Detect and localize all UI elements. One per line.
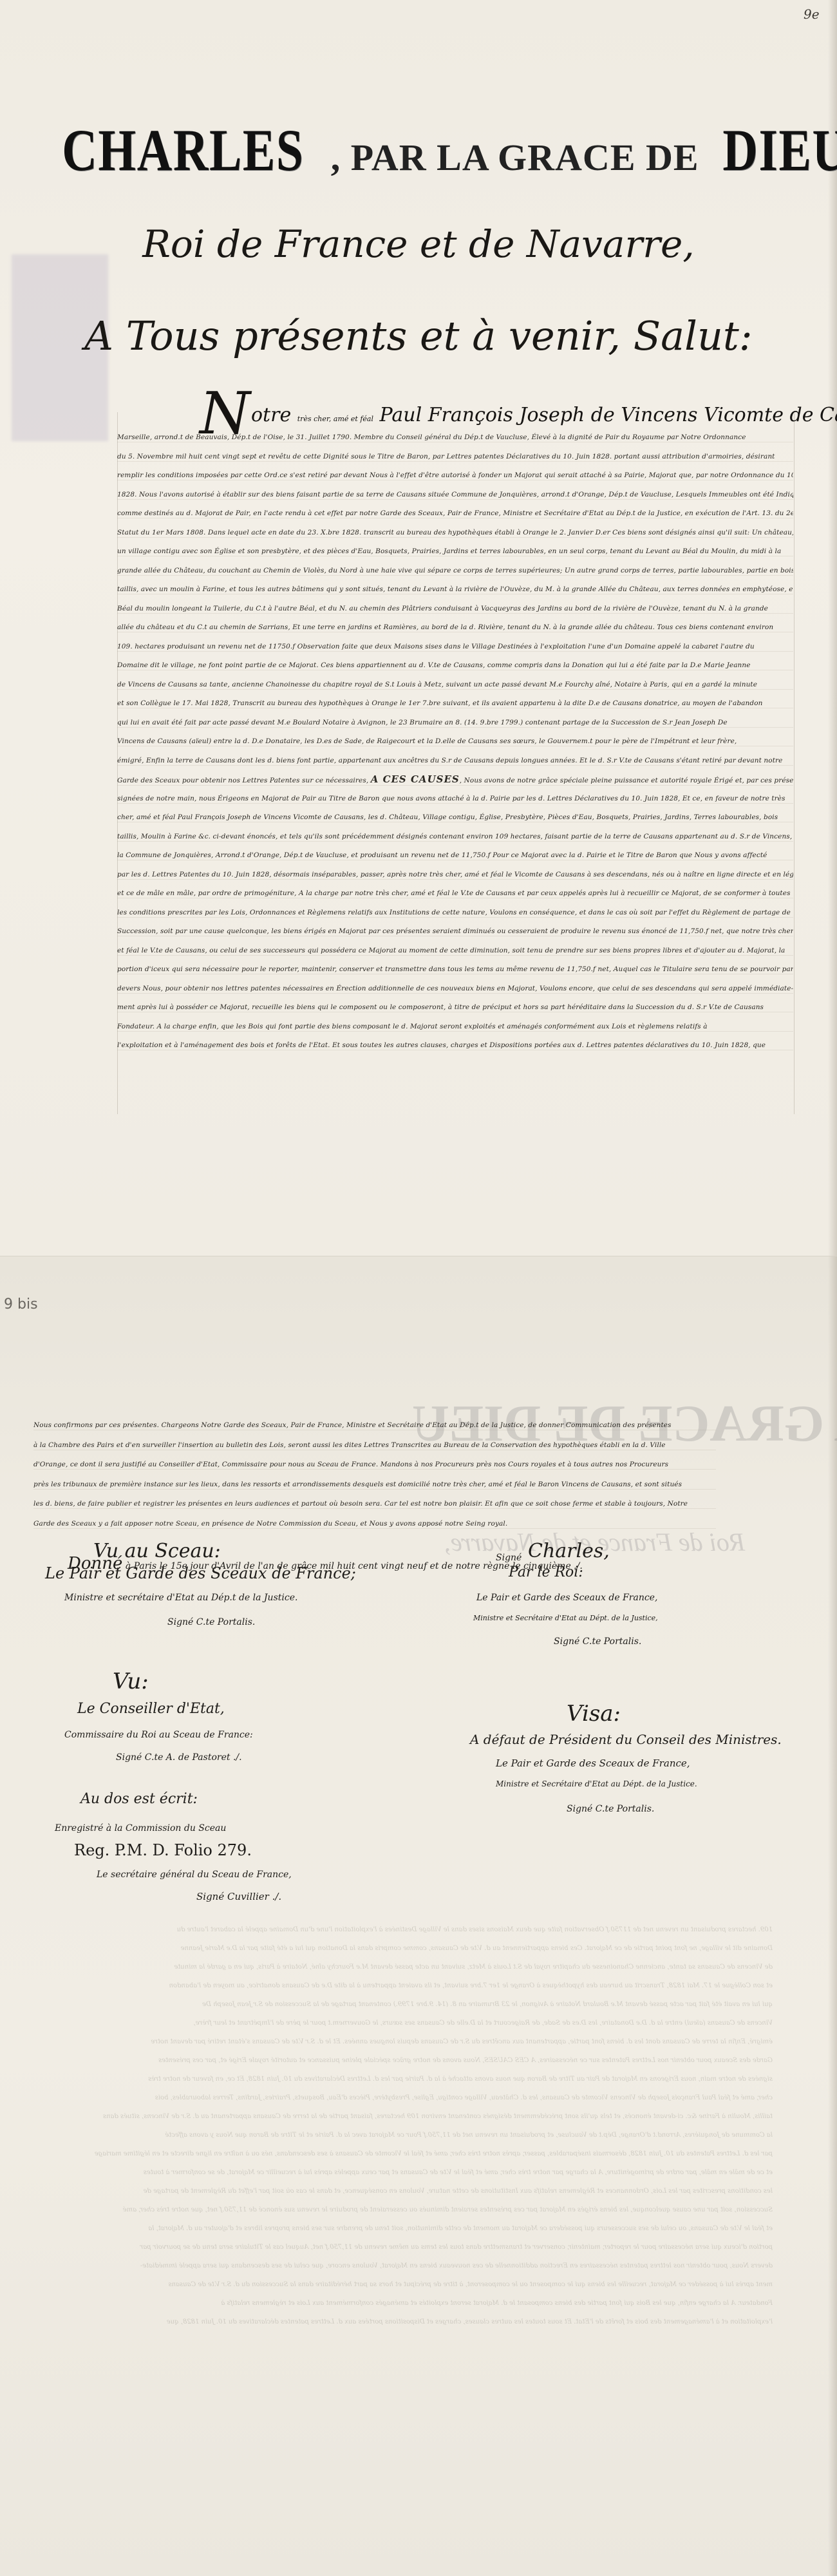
a-ces-causes: A CES CAUSES bbox=[371, 775, 460, 785]
vu-line1: Le Conseiller d'Etat, bbox=[77, 1701, 225, 1717]
body-line: et son Collègue le 17. Mai 1828, Transcr… bbox=[117, 699, 793, 708]
opening-line: otre très cher, amé et féal Paul Françoi… bbox=[251, 404, 837, 426]
title-par-la-grace: , PAR LA GRACE DE bbox=[331, 137, 709, 178]
body-line: Fondateur. A la charge enfin, que les Bo… bbox=[117, 1022, 793, 1032]
bleed-through-line: les conditions prescrites par les Lois, … bbox=[26, 2188, 773, 2195]
body-line: Marseille, arrond.t de Beauvais, Dép.t d… bbox=[117, 433, 793, 442]
opening-word: otre bbox=[251, 404, 291, 426]
bleed-through-line: par les d. Lettres Patentes du 10. Juin … bbox=[26, 2150, 773, 2158]
body-line: qui lui en avait été fait par acte passé… bbox=[117, 718, 793, 728]
bleed-through-line: et féal le V.te de Causans, ou celui de … bbox=[26, 2225, 773, 2233]
bleed-through-line: portion d'iceux qui sera nécessaire pour… bbox=[26, 2244, 773, 2251]
body-line: et ce de mâle en mâle, par ordre de prim… bbox=[117, 889, 793, 898]
body-line: émigré, Enfin la terre de Causans dont l… bbox=[117, 756, 793, 766]
bleed-through-line: émigré, Enfin la terre de Causans dont l… bbox=[26, 2038, 773, 2046]
body-line: les d. biens, de faire publier et regist… bbox=[33, 1499, 716, 1509]
bleed-through-line: l'exploitation et à l'aménagement des bo… bbox=[26, 2318, 773, 2326]
body-line: Succession, soit par une cause quelconqu… bbox=[117, 927, 793, 936]
bleed-through-line: ment après lui à posséder ce Majorat, re… bbox=[26, 2281, 773, 2289]
bleed-through-line: qui lui en avait été fait par acte passé… bbox=[26, 2001, 773, 2009]
body-line: Statut du 1er Mars 1808. Dans lequel act… bbox=[117, 528, 793, 538]
bleed-through-line: signées de notre main, nous Érigeons en … bbox=[26, 2076, 773, 2083]
body-line: comme destinés au d. Majorat de Pair, en… bbox=[117, 509, 793, 518]
title-dieu: DIEU bbox=[723, 116, 837, 184]
body-line: cher, amé et féal Paul François Joseph d… bbox=[117, 813, 793, 822]
au-dos-line3: Le secrétaire général du Sceau de France… bbox=[97, 1870, 292, 1880]
par-le-roi: Par le Roi: bbox=[509, 1564, 583, 1580]
body-line: Béal du moulin longeant la Tuilerie, du … bbox=[117, 604, 793, 614]
au-dos-line1: Enregistré à la Commission du Sceau bbox=[55, 1823, 226, 1833]
grantee-name: Paul François Joseph de Vincens Vicomte … bbox=[380, 404, 837, 426]
document-page-2: 9 bis CHARLES, PAR LA GRACE DE DIEU Roi … bbox=[0, 1256, 837, 2576]
bleed-through-line: la Commune de Jonquières, Arrond.t d'Ora… bbox=[26, 2132, 773, 2139]
vu-signed: Signé C.te A. de Pastoret ./. bbox=[116, 1752, 242, 1763]
body-line: un village contigu avec son Église et so… bbox=[117, 547, 793, 556]
body-line: Garde des Sceaux pour obtenir nos Lettre… bbox=[117, 775, 793, 786]
subtitle-salut: A Tous présents et à venir, Salut: bbox=[0, 312, 837, 359]
body-line: Garde des Sceaux y a fait apposer notre … bbox=[33, 1519, 716, 1529]
au-dos-signed: Signé Cuvillier ./. bbox=[196, 1891, 281, 1902]
body-line: d'Orange, ce dont il sera justifié au Co… bbox=[33, 1460, 716, 1470]
body-line: et féal le V.te de Causans, ou celui de … bbox=[117, 946, 793, 956]
bleed-through-line: Domaine dit le village, ne font point pa… bbox=[26, 1945, 773, 1953]
body-line: taillis, avec un moulin à Farine, et tou… bbox=[117, 585, 793, 594]
body-line: allée du château et du C.t au chemin de … bbox=[117, 623, 793, 632]
bleed-through-line: Vincens de Causans (aïeul) entre la d. D… bbox=[26, 2020, 773, 2027]
body-line: ment après lui à posséder ce Majorat, re… bbox=[117, 1003, 793, 1012]
opening-salutation: très cher, amé et féal bbox=[297, 415, 373, 423]
page-edge-shadow bbox=[828, 1256, 837, 2576]
bleed-through-line: et ce de mâle en mâle, par ordre de prim… bbox=[26, 2169, 773, 2177]
body-line: Vincens de Causans (aïeul) entre la d. D… bbox=[117, 737, 793, 746]
body-line: taillis, Moulin à Farine &c. ci-devant é… bbox=[117, 832, 793, 842]
body-line: du 5. Novembre mil huit cent vingt sept … bbox=[117, 452, 793, 462]
bleed-through-line: devers Nous, pour obtenir nos lettres pa… bbox=[26, 2262, 773, 2270]
visa-line3: Ministre et Secrétaire d'Etat au Dépt. d… bbox=[496, 1779, 697, 1788]
signe-charles: Charles, bbox=[528, 1540, 610, 1562]
body-line: à la Chambre des Pairs et d'en surveille… bbox=[33, 1441, 716, 1450]
signe-prefix: Signé bbox=[496, 1553, 522, 1563]
visa-signed: Signé C.te Portalis. bbox=[567, 1804, 654, 1814]
body-line: grande allée du Château, du couchant au … bbox=[117, 566, 793, 576]
vu-au-sceau-heading: Vu au Sceau: bbox=[93, 1540, 221, 1562]
body-line: devers Nous, pour obtenir nos lettres pa… bbox=[117, 984, 793, 994]
body-line: remplir les conditions imposées par cett… bbox=[117, 471, 793, 480]
bleed-through-line: et son Collègue le 17. Mai 1828, Transcr… bbox=[26, 1982, 773, 1990]
bleed-through-line: Fondateur. A la charge enfin, que les Bo… bbox=[26, 2300, 773, 2307]
body-line: par les d. Lettres Patentes du 10. Juin … bbox=[117, 870, 793, 880]
bleed-through-line: 109. hectares produisant un revenu net d… bbox=[26, 1926, 773, 1934]
body-line: portion d'iceux qui sera nécessaire pour… bbox=[117, 965, 793, 974]
body-line: la Commune de Jonquières, Arrond.t d'Ora… bbox=[117, 851, 793, 860]
pencil-note: 9 bis bbox=[4, 1296, 38, 1312]
document-page-1: 9e CHARLES, PAR LA GRACE DE DIEU, Roi de… bbox=[0, 0, 837, 1256]
bleed-through-line: de Vincens de Causans sa tante, ancienne… bbox=[26, 1964, 773, 1971]
bleed-through-line: taillis, Moulin à Farine &c. ci-devant é… bbox=[26, 2113, 773, 2121]
body-line: 1828. Nous l'avons autorisé à établir su… bbox=[117, 490, 793, 500]
vu-line2: Commissaire du Roi au Sceau de France: bbox=[64, 1730, 253, 1740]
vu-au-sceau-line1: Le Pair et Garde des Sceaux de France; bbox=[45, 1564, 356, 1582]
body-line: Domaine dit le village, ne font point pa… bbox=[117, 661, 793, 670]
body-line: Nous confirmons par ces présentes. Charg… bbox=[33, 1421, 716, 1430]
bleed-through-line: Succession, soit par une cause quelconqu… bbox=[26, 2206, 773, 2214]
body-line: signées de notre main, nous Érigeons en … bbox=[117, 794, 793, 804]
vu-au-sceau-line2: Ministre et secrétaire d'Etat au Dép.t d… bbox=[64, 1593, 297, 1603]
visa-line2: Le Pair et Garde des Sceaux de France, bbox=[496, 1757, 690, 1769]
au-dos-heading: Au dos est écrit: bbox=[80, 1791, 198, 1807]
charles-line2: Ministre et Secrétaire d'Etat au Dépt. d… bbox=[473, 1614, 658, 1622]
bleed-through-line: cher, amé et féal Paul François Joseph d… bbox=[26, 2094, 773, 2102]
page-number: 9e bbox=[804, 6, 820, 22]
vu-au-sceau-signed: Signé C.te Portalis. bbox=[167, 1617, 255, 1627]
charles-line1: Le Pair et Garde des Sceaux de France, bbox=[476, 1593, 657, 1603]
visa-line1: A défaut de Président du Conseil des Min… bbox=[470, 1732, 782, 1747]
body-line: l'exploitation et à l'aménagement des bo… bbox=[117, 1041, 793, 1050]
body-line: près les tribunaux de première instance … bbox=[33, 1480, 716, 1490]
body-line: 109. hectares produisant un revenu net d… bbox=[117, 642, 793, 652]
charles-signed: Signé C.te Portalis. bbox=[554, 1636, 641, 1647]
visa-heading: Visa: bbox=[567, 1701, 621, 1727]
vu-heading: Vu: bbox=[113, 1669, 149, 1694]
bleed-through-line: Garde des Sceaux pour obtenir nos Lettre… bbox=[26, 2057, 773, 2065]
body-line: de Vincens de Causans sa tante, ancienne… bbox=[117, 680, 793, 690]
document-title: CHARLES, PAR LA GRACE DE DIEU, bbox=[35, 116, 808, 184]
page-edge-shadow bbox=[828, 0, 837, 1256]
register-folio: Reg. P.M. D. Folio 279. bbox=[74, 1841, 252, 1859]
subtitle-roi: Roi de France et de Navarre, bbox=[0, 222, 837, 266]
title-charles: CHARLES bbox=[62, 116, 304, 184]
body-line: les conditions prescrites par les Lois, … bbox=[117, 908, 793, 918]
bleed-through-text: 109. hectares produisant un revenu net d… bbox=[26, 1926, 773, 2557]
